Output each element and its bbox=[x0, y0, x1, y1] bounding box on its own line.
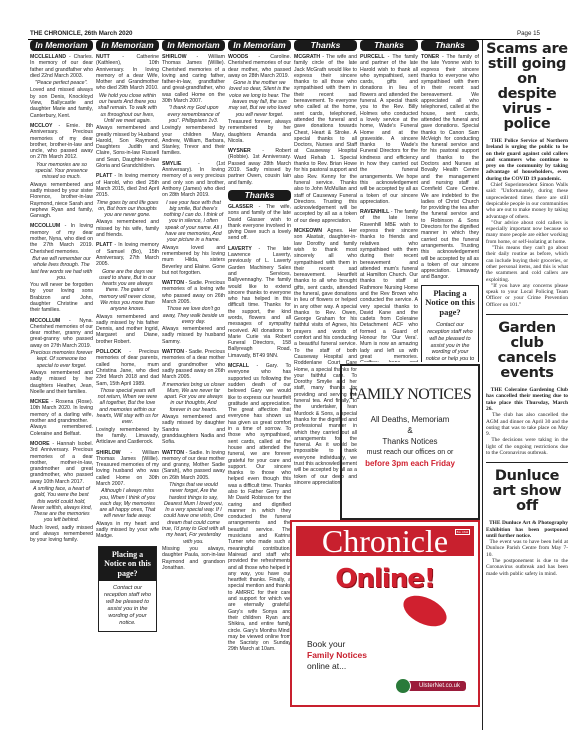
notice-entry: MCCOLLUM - Nyna. Cherished memories of o… bbox=[30, 318, 93, 396]
news-divider bbox=[486, 462, 568, 463]
family-notices-line1: All Deaths, Memoriam bbox=[342, 414, 478, 425]
notice-name: NUTT bbox=[96, 54, 122, 60]
notice-tail: Lovingly remembered by the family. Limav… bbox=[96, 427, 159, 446]
notice-verse: Your memories are so special. Your prese… bbox=[30, 162, 93, 181]
family-notices-line4: must reach our offices on or bbox=[342, 447, 478, 458]
news-paragraph: "If you have any concerns please speak t… bbox=[486, 283, 568, 308]
notice-name: LAVERTY bbox=[228, 246, 259, 252]
notice-name: TONER bbox=[421, 54, 442, 60]
notice-verse: I see your face with that big smile, But… bbox=[162, 200, 225, 244]
masthead-text: Chronicle bbox=[322, 526, 448, 556]
column-memoriam-2: In Memoriam NUTT - Catherine (Kathleen),… bbox=[96, 40, 159, 730]
globe-icon bbox=[395, 678, 411, 694]
notice-tail: Always remembered and sadly missed by da… bbox=[162, 414, 225, 445]
notice-text: - The family of the late Irene Ravenhill… bbox=[360, 209, 418, 362]
book-line3: online at... bbox=[307, 661, 367, 672]
notice-name: PURCELL bbox=[360, 54, 388, 60]
notice-name: WATTON bbox=[162, 450, 186, 456]
notice-verse: Precious memories forever kept. Of someo… bbox=[30, 350, 93, 369]
section-header-thanks: Thanks bbox=[294, 40, 357, 51]
notice-entry: MCCLELLAND - Charles. In memory of our d… bbox=[30, 54, 93, 119]
notice-tail: Always loved and remembered by his lovin… bbox=[162, 245, 225, 276]
notice-tail: Loved and missed always by son Denis, Kn… bbox=[30, 87, 93, 118]
notice-text: - The wife, sons and family of the late … bbox=[228, 204, 291, 241]
book-line2: Family Notices bbox=[307, 650, 367, 661]
placing-notice-title: Placing a Notice on this page? bbox=[99, 547, 156, 582]
notice-verse: A smiling face, a heart of gold, You wer… bbox=[30, 486, 93, 524]
section-header-thanks: Thanks bbox=[421, 40, 479, 51]
notice-text: - Gary. To everyone who has supported us… bbox=[228, 363, 291, 652]
notice-text: - Robert (Robbie). 1st Anniversary. Pass… bbox=[228, 148, 291, 185]
notice-tail: Always remembered and sadly missed by hi… bbox=[96, 314, 159, 345]
notice-name: WATTON bbox=[162, 349, 185, 355]
publication-date: THE CHRONICLE, 26th March 2020 bbox=[30, 30, 132, 37]
notice-tail: Always remembered and sadly missed by hu… bbox=[162, 326, 225, 345]
notice-name: MOORE bbox=[30, 441, 52, 447]
notice-entry: SHIRLOW - William Thomas James (Willie).… bbox=[96, 450, 159, 540]
notice-entry: SHIRLOW - William Thomas James (Willie).… bbox=[162, 54, 225, 157]
column-thanks-7: Thanks TONER - The family of the late Yv… bbox=[421, 40, 479, 362]
family-notices-line3: Thanks Notices bbox=[342, 436, 478, 447]
notice-verse: "Peace perfect peace". bbox=[30, 80, 93, 86]
news-column: Scams are still going on despite virus -… bbox=[486, 40, 568, 577]
notice-name: MCCOLLUM bbox=[30, 223, 65, 229]
section-header-in-memoriam: In Memoriam bbox=[228, 40, 291, 51]
notice-name: SMYLIE bbox=[162, 161, 198, 167]
notice-entry: WATTON - Sadie. Precious memories of a d… bbox=[162, 349, 225, 445]
column-memoriam-1: In Memoriam MCCLELLAND - Charles. In mem… bbox=[30, 40, 93, 730]
notice-tail: Always remembered and sadly missed by yo… bbox=[30, 182, 93, 220]
news-headline: Dunluce art show off bbox=[486, 469, 568, 514]
notice-tail: Lovingly remembered by your children Mar… bbox=[162, 125, 225, 156]
family-notices-title: FAMILY NOTICES bbox=[342, 386, 478, 404]
notice-entry: RAVENHILL - The family of the late Irene… bbox=[360, 209, 418, 362]
notice-text: - The family and partner of the late Har… bbox=[360, 54, 418, 205]
section-header-thanks: Thanks bbox=[228, 190, 291, 201]
notice-tail: Always remembered. Coleraine and Belfast… bbox=[30, 424, 93, 437]
notice-tail: Always remembered and greatly missed by … bbox=[96, 125, 159, 169]
notice-entry: SMYLIE - (1st Anniversary). In loving me… bbox=[162, 161, 225, 276]
notice-tail: Missing you always, daughter Paula, son-… bbox=[162, 546, 225, 571]
notice-verse: Gone is the mother we loved so dear, Sil… bbox=[228, 80, 291, 118]
notice-tail: Treasured forever, always remembered by … bbox=[228, 119, 291, 144]
book-line1: Book your bbox=[307, 639, 367, 650]
notice-verse: Time goes by and life goes on, But from … bbox=[96, 200, 159, 219]
page-header: THE CHRONICLE, 26th March 2020 Page 15 bbox=[28, 27, 540, 40]
section-header-in-memoriam: In Memoriam bbox=[162, 40, 225, 51]
notice-text: - (1st Anniversary). In loving memory of… bbox=[162, 161, 225, 198]
column-divider bbox=[482, 40, 483, 730]
ulsternet-label: UlsterNet.co.uk bbox=[419, 683, 460, 689]
notice-name: MCKEOWN bbox=[294, 228, 327, 234]
book-notices-text: Book your Family Notices online at... bbox=[307, 639, 367, 672]
news-lead: THE Dunluce Art & Photography Exhibition… bbox=[486, 520, 568, 539]
notice-text: - The late Lawrence Laverty, previously … bbox=[228, 246, 291, 359]
notice-verse: Although I always miss you, When I think… bbox=[96, 488, 159, 519]
notice-tail: Always in my heart and sadly missed by y… bbox=[96, 521, 159, 540]
notice-name: SHIRLOW bbox=[162, 54, 197, 60]
notice-name: WYSNER bbox=[228, 148, 262, 154]
notice-text: - Catherine (Kathleen), 10th Anniversary… bbox=[96, 54, 159, 91]
section-header-thanks: Thanks bbox=[360, 40, 418, 51]
news-paragraph: The club has also cancelled the AGM and … bbox=[486, 412, 568, 437]
notice-entry: WYSNER - Robert (Robbie). 1st Anniversar… bbox=[228, 148, 291, 186]
ulsternet-link[interactable]: UlsterNet.co.uk bbox=[401, 681, 466, 691]
chronicle-online-ad[interactable]: Chronicle Est. 1844 Online! Book your Fa… bbox=[290, 520, 480, 707]
placing-notice-title: Placing a Notice on this page? bbox=[422, 286, 478, 321]
notice-verse: Those we love don't go away, They walk b… bbox=[162, 306, 225, 325]
notice-text: - The family of the late Yvonne wish to … bbox=[421, 54, 479, 280]
notice-name: WATTON bbox=[162, 280, 185, 286]
notice-name: MCGRATH bbox=[294, 54, 322, 60]
notice-entry: LAVERTY - The late Lawrence Laverty, pre… bbox=[228, 246, 291, 359]
family-notices-line2: & bbox=[342, 425, 478, 436]
notice-entry: TONER - The family of the late Yvonne wi… bbox=[421, 54, 479, 281]
notice-name: WOODS bbox=[228, 54, 258, 60]
notice-name: SHIRLOW bbox=[96, 450, 131, 456]
news-paragraph: The decisions were taking in the light o… bbox=[486, 437, 568, 456]
notice-verse: Gone are the days we used to share, But … bbox=[96, 269, 159, 313]
notice-entry: NUTT - Catherine (Kathleen), 10th Annive… bbox=[96, 54, 159, 169]
notice-entry: MCCLOY - Ernie. 8th Anniversary. Preciou… bbox=[30, 123, 93, 219]
notice-name: MCCLOY bbox=[30, 123, 58, 129]
notice-text: - William Thomas James (Willie). Cherish… bbox=[162, 54, 225, 104]
notice-verse: But we will remember our whole lives thr… bbox=[30, 256, 93, 281]
notice-entry: PURCELL - The family and partner of the … bbox=[360, 54, 418, 205]
notice-entry: POLLOCK - Precious memories of dear pare… bbox=[96, 349, 159, 445]
notice-name: GLASSER bbox=[228, 204, 259, 210]
notice-tail: Always remembered and sadly missed by he… bbox=[30, 370, 93, 395]
notice-name: MCCOLLUM bbox=[30, 318, 69, 324]
notice-verse: Those special years will not return, Whe… bbox=[96, 388, 159, 426]
notice-entry: MCKEE - Rosena (Rose). 10th March 2020. … bbox=[30, 399, 93, 437]
notice-name: PLATT bbox=[96, 173, 114, 179]
placing-notice-box: Placing a Notice on this page? Contact o… bbox=[98, 546, 157, 633]
notice-name: MCKEE bbox=[30, 399, 51, 405]
notice-entry: WOODS - Caroline. Cherished memories of … bbox=[228, 54, 291, 144]
section-header-in-memoriam: In Memoriam bbox=[30, 40, 93, 51]
news-paragraph: The event was to have been held at Dunlu… bbox=[486, 539, 568, 558]
column-memoriam-3: In Memoriam SHIRLOW - William Thomas Jam… bbox=[162, 40, 225, 730]
news-paragraph: "Our advice about cold callers is especi… bbox=[486, 220, 568, 245]
notice-tail: You will never be forgotten by your lovi… bbox=[30, 282, 93, 313]
notice-entry: MOORE - Hannah Isobel. 3rd Anniversary. … bbox=[30, 441, 93, 544]
notice-text: - Ernie. 8th Anniversary. Precious memor… bbox=[30, 123, 93, 160]
section-header-in-memoriam: In Memoriam bbox=[96, 40, 159, 51]
notice-entry: PLATT - In loving memory of Samuel (Bo),… bbox=[96, 242, 159, 345]
computer-mouse-icon bbox=[399, 589, 452, 632]
family-notices-ad: FAMILY NOTICES All Deaths, Memoriam & Th… bbox=[340, 364, 480, 520]
notice-tail: Much loved, sadly missed and always reme… bbox=[30, 525, 93, 544]
news-headline: Scams are still going on despite virus -… bbox=[486, 42, 568, 132]
placing-notice-body: Contact our reception staff who will be … bbox=[99, 581, 156, 631]
news-paragraph: The postponement is due to the Coronavir… bbox=[486, 558, 568, 577]
notice-name: POLLOCK bbox=[96, 349, 129, 355]
notice-verse: "I thank my God upon every remembrance o… bbox=[162, 105, 225, 124]
online-headline: Online! bbox=[292, 564, 478, 594]
notice-entry: MCFALL - Gary. To everyone who has suppo… bbox=[228, 363, 291, 653]
page-number: Page 15 bbox=[517, 30, 540, 37]
chronicle-masthead: Chronicle Est. 1844 bbox=[296, 526, 474, 556]
column-memoriam-thanks-4: In Memoriam WOODS - Caroline. Cherished … bbox=[228, 40, 291, 730]
notice-verse: Things that we would never forget, Are t… bbox=[162, 482, 225, 545]
notice-text: - William Thomas James (Willie). Treasur… bbox=[96, 450, 159, 487]
news-paragraph: "This means they can't go about their da… bbox=[486, 245, 568, 283]
notice-verse: If memories bring us closer Mum, We are … bbox=[162, 382, 225, 413]
notice-name: RAVENHILL bbox=[360, 209, 391, 215]
notice-entry: WATTON - Sadie. Precious memories of a l… bbox=[162, 280, 225, 345]
news-paragraph: Chief Superintendent Simon Walls said: "… bbox=[486, 182, 568, 220]
notice-name: PLATT bbox=[96, 242, 114, 248]
placing-notice-box: Placing a Notice on this page? Contact o… bbox=[421, 285, 479, 362]
notice-tail: Always remembered and missed by his wife… bbox=[96, 219, 159, 238]
notice-entry: MCCOLLUM - In loving memory of my dear m… bbox=[30, 223, 93, 313]
news-headline: Garden club cancels events bbox=[486, 321, 568, 381]
news-divider bbox=[486, 314, 568, 315]
notice-entry: GLASSER - The wife, sons and family of t… bbox=[228, 204, 291, 242]
news-lead: THE Coleraine Gardening Club has cancell… bbox=[486, 387, 568, 412]
notice-entry: WATTON - Sadie. In loving memory of our … bbox=[162, 450, 225, 572]
notice-entry: PLATT - In loving memory of Harold, who … bbox=[96, 173, 159, 238]
family-notices-deadline: before 3pm each Friday bbox=[342, 458, 478, 469]
notice-text: - The wife and family circle of the late… bbox=[294, 54, 357, 224]
news-lead: THE Police Service of Northern Ireland i… bbox=[486, 138, 568, 182]
notice-name: MCCLELLAND bbox=[30, 54, 69, 60]
notice-text: - Hannah Isobel. 3rd Anniversary. Precio… bbox=[30, 441, 93, 485]
notice-name: MCFALL bbox=[228, 363, 257, 369]
placing-notice-body: Contact our reception staff who will be … bbox=[422, 320, 478, 362]
notice-verse: We hold you close within our hearts And … bbox=[96, 93, 159, 124]
notice-text: - Precious memories of dear parents, cal… bbox=[96, 349, 159, 386]
column-thanks-6: Thanks PURCELL - The family and partner … bbox=[360, 40, 418, 362]
notice-entry: MCGRATH - The wife and family circle of … bbox=[294, 54, 357, 224]
est-badge: Est. 1844 bbox=[455, 529, 470, 535]
